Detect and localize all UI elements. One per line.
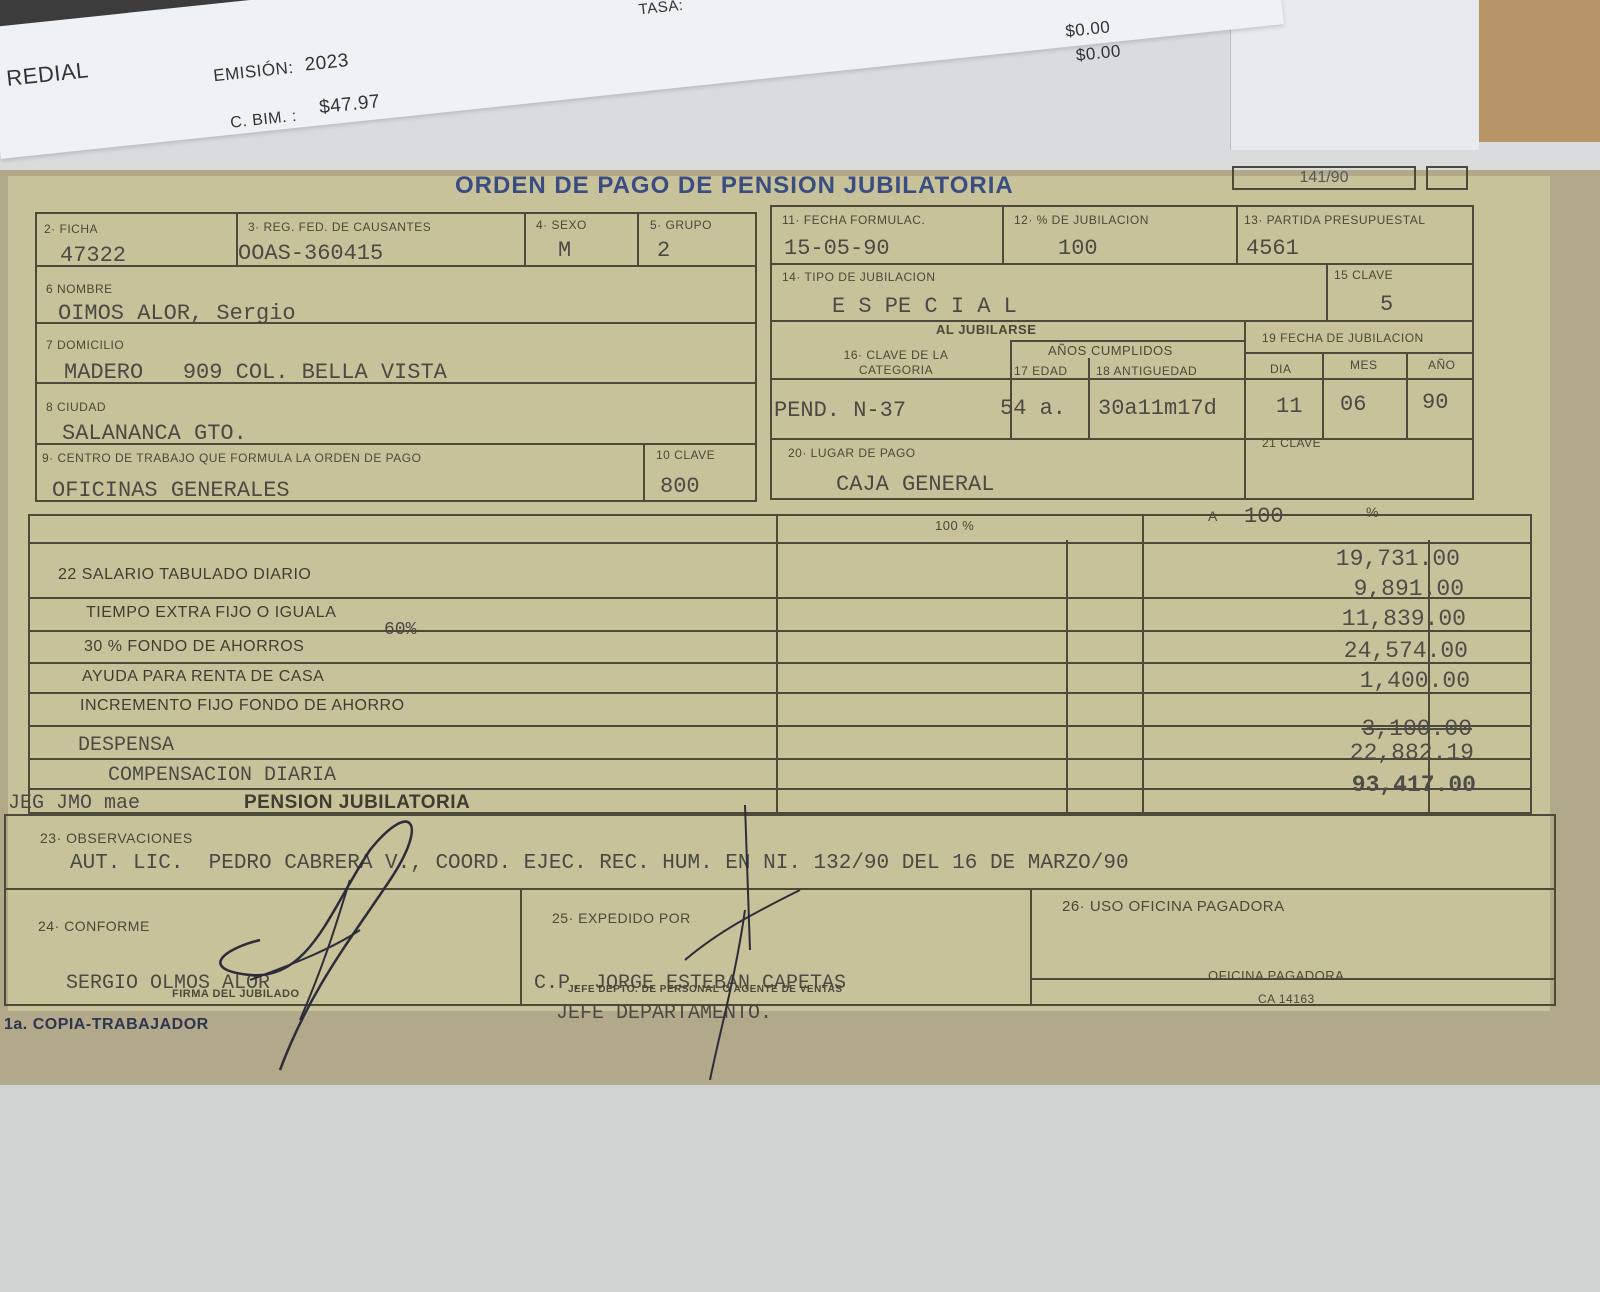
lugar-pago-value: CAJA GENERAL [836, 472, 994, 497]
emision-label: EMISIÓN: [212, 58, 294, 86]
mes-value: 06 [1340, 392, 1366, 417]
clave10-label: 10 CLAVE [656, 448, 715, 462]
observaciones-value: AUT. LIC. PEDRO CABRERA V., COORD. EJEC.… [70, 852, 1129, 875]
copy-label: 1a. COPIA-TRABAJADOR [4, 1016, 209, 1034]
ano-label: AÑO [1428, 358, 1456, 372]
fecha-formulac-label: 11· FECHA FORMULAC. [782, 213, 925, 227]
emision-value: 2023 [304, 50, 350, 77]
tasa-label: TASA: [638, 0, 684, 18]
concept-label: AYUDA PARA RENTA DE CASA [82, 668, 324, 686]
total-label: PENSION JUBILATORIA [244, 792, 470, 814]
concept-amount: 1,400.00 [1170, 668, 1470, 694]
receipt-band [0, 0, 1181, 34]
clave21-label: 21 CLAVE [1262, 436, 1321, 450]
ciudad-value: SALANANCA GTO. [62, 421, 247, 446]
percent-header-prefix: A [1208, 508, 1218, 524]
al-jubilarse-label: AL JUBILARSE [936, 322, 1036, 337]
document-title: ORDEN DE PAGO DE PENSION JUBILATORIA [455, 172, 1014, 200]
uso-oficina-label: 26· USO OFICINA PAGADORA [1062, 898, 1285, 915]
c-bim-label: C. BIM. : [230, 108, 298, 133]
dia-label: DIA [1270, 362, 1292, 376]
concept-label: DESPENSA [78, 734, 174, 757]
observaciones-label: 23· OBSERVACIONES [40, 830, 193, 846]
anos-cumplidos-label: AÑOS CUMPLIDOS [1048, 343, 1173, 358]
concept-note: 60% [384, 620, 416, 640]
conforme-label: 24· CONFORME [38, 918, 150, 934]
background-receipt: REDIAL EMISIÓN: 2023 C. BIM. : $47.97 TA… [0, 0, 1284, 159]
clave10-value: 800 [660, 474, 700, 499]
oficina-pagadora-caption: OFICINA PAGADORA [1208, 968, 1344, 983]
pct-jubilacion-value: 100 [1058, 236, 1098, 261]
percent-header-suffix: % [1366, 504, 1379, 520]
concept-label: COMPENSACION DIARIA [108, 764, 336, 787]
edad-label: 17 EDAD [1014, 364, 1068, 378]
concept-label: 30 % FONDO DE AHORROS [84, 638, 304, 656]
partida-value: 4561 [1246, 236, 1299, 261]
percent-header-left: 100 % [935, 518, 974, 533]
fecha-formulac-value: 15-05-90 [784, 236, 890, 261]
receipt-header: REDIAL [5, 57, 90, 91]
centro-trabajo-value: OFICINAS GENERALES [52, 478, 290, 503]
concept-amount: 3,100.00 [1172, 716, 1472, 742]
antiguedad-label: 18 ANTIGUEDAD [1096, 364, 1197, 378]
tasa-value: 2.50 [714, 0, 755, 5]
descuento-value-1: $0.00 [1064, 17, 1111, 42]
antiguedad-value: 30a11m17d [1098, 396, 1217, 421]
tipo-jubilacion-value: E S PE C I A L [832, 294, 1017, 319]
conforme-caption: FIRMA DEL JUBILADO [172, 988, 300, 1000]
dia-value: 11 [1276, 394, 1302, 419]
expedido-title: JEFE DEPARTAMENTO. [556, 1002, 772, 1025]
rfc-label: 3· REG. FED. DE CAUSANTES [248, 220, 431, 234]
ficha-value: 47322 [60, 243, 126, 268]
sexo-label: 4· SEXO [536, 218, 587, 232]
expedido-caption: JEFE DEPTO. DE PERSONAL O AGENTE DE VENT… [568, 984, 843, 995]
concept-amount: 9,891.00 [1164, 576, 1464, 602]
ficha-label: 2· FICHA [44, 222, 98, 236]
clave15-label: 15 CLAVE [1334, 268, 1393, 282]
tipo-jubilacion-label: 14· TIPO DE JUBILACION [782, 270, 935, 284]
total-amount: 93,417.00 [1176, 772, 1476, 798]
descuento-value-2: $0.00 [1075, 41, 1122, 66]
expedido-label: 25· EXPEDIDO POR [552, 910, 691, 926]
grupo-label: 5· GRUPO [650, 218, 712, 232]
partida-label: 13· PARTIDA PRESUPUESTAL [1244, 213, 1425, 227]
sexo-value: M [558, 238, 571, 263]
fecha-jubilacion-label: 19 FECHA DE JUBILACION [1262, 331, 1424, 345]
ciudad-label: 8 CIUDAD [46, 400, 106, 414]
concept-amount: 11,839.00 [1166, 606, 1466, 632]
clave-categoria-value: PEND. N-37 [774, 398, 906, 423]
concept-amount: 22,882.19 [1174, 740, 1474, 766]
form-code: CA 14163 [1258, 992, 1315, 1006]
concept-label: TIEMPO EXTRA FIJO O IGUALA [86, 604, 336, 622]
percent-header-value: 100 [1244, 504, 1284, 529]
cork-board [1478, 0, 1600, 142]
clave15-value: 5 [1380, 292, 1393, 317]
lugar-pago-label: 20· LUGAR DE PAGO [788, 446, 916, 460]
concept-label: INCREMENTO FIJO FONDO DE AHORRO [80, 697, 405, 715]
total-prefix: JEG JMO mae [8, 792, 140, 815]
domicilio-value: MADERO 909 COL. BELLA VISTA [64, 360, 447, 385]
concept-label: 22 SALARIO TABULADO DIARIO [58, 566, 311, 584]
concept-amount: 24,574.00 [1168, 638, 1468, 664]
centro-trabajo-label: 9· CENTRO DE TRABAJO QUE FORMULA LA ORDE… [42, 451, 421, 465]
c-bim-value: $47.97 [318, 91, 381, 119]
grupo-value: 2 [657, 238, 670, 263]
concept-amount: 19,731.00 [1160, 546, 1460, 572]
clave-categoria-label: 16· CLAVE DE LA CATEGORIA [826, 348, 966, 378]
edad-value: 54 a. [1000, 396, 1066, 421]
background-paper-bottom [0, 1085, 1600, 1292]
pct-jubilacion-label: 12· % DE JUBILACION [1014, 213, 1149, 227]
domicilio-label: 7 DOMICILIO [46, 338, 124, 352]
rfc-value: OOAS-360415 [238, 241, 383, 266]
folio-number: 141/90 [1232, 166, 1416, 190]
nombre-label: 6 NOMBRE [46, 282, 113, 296]
mes-label: MES [1350, 358, 1378, 372]
nombre-value: OIMOS ALOR, Sergio [58, 301, 296, 326]
ano-value: 90 [1422, 390, 1448, 415]
folio-box [1426, 166, 1468, 190]
